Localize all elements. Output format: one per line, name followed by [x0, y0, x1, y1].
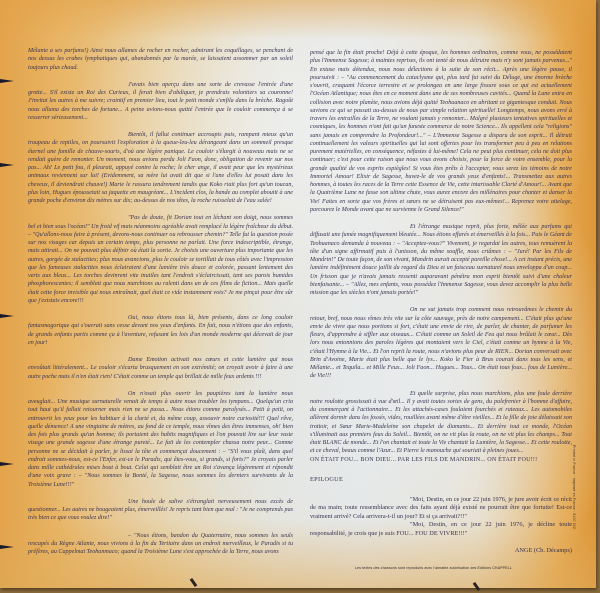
- paragraph: Une houle de salive s'étranglait nerveus…: [28, 498, 293, 523]
- copyright-credits: Les textes des chansons sont reproduits …: [355, 566, 512, 570]
- paragraph: Dame Emotion activait nos cœurs et cette…: [28, 356, 293, 381]
- paragraph: J'avais bien aperçu dans une sorte de cr…: [28, 81, 293, 122]
- left-text-column: Mélanie a ses parfums!) Ainsi nous allam…: [28, 47, 293, 556]
- torn-edge-mark: [0, 79, 14, 83]
- torn-edge-mark: [0, 545, 14, 549]
- paragraph: Mélanie a ses parfums!) Ainsi nous allam…: [28, 47, 293, 72]
- paragraph: Et quelle surprise, plus nous marchions,…: [310, 390, 572, 456]
- torn-edge-mark: [0, 314, 14, 318]
- paragraph: "Pas de doute, fit Dorian tout en léchan…: [28, 214, 293, 305]
- signature: ANGE (Ch. Décamps): [310, 547, 572, 555]
- paragraph: pensé que la fin était proche! Déjà à ce…: [310, 49, 572, 214]
- torn-edge-mark: [0, 462, 14, 466]
- epilogue-section: EPILOGUE "Moi, Destin, en ce jour 22 jui…: [310, 476, 572, 556]
- shout-line: ON ÉTAIT FOU... BON DIEU... PAR LES FILS…: [310, 456, 572, 464]
- paragraph: On ne sut jamais trop comment nous retro…: [310, 306, 572, 380]
- page-nick-mark: [473, 582, 481, 591]
- paragraph: Et l'étrange musique reprit, plus forte,…: [310, 223, 572, 297]
- paragraph: Oui, nous étions tous là, bien présents,…: [28, 314, 293, 347]
- right-text-column: pensé que la fin était proche! Déjà à ce…: [310, 49, 572, 555]
- vertical-print-label: Printed in France · Imprimé en France · …: [572, 445, 576, 529]
- epilogue-paragraph: "Moi, Destin, en ce jour 22 juin 1976, j…: [310, 521, 572, 538]
- paragraph: – "Nous étions, bandon du Quaternaire, n…: [28, 532, 293, 557]
- paragraph: Bientôt, il fallut continuer accroupis p…: [28, 131, 293, 205]
- epilogue-paragraph: "Moi, Destin, en ce jour 22 juin 1976, j…: [310, 496, 572, 521]
- torn-edge-mark: [0, 163, 14, 167]
- paragraph: On n'osait plus ouvrir les paupières tan…: [28, 390, 293, 489]
- liner-notes-page: Mélanie a ses parfums!) Ainsi nous allam…: [0, 0, 596, 588]
- epilogue-title: EPILOGUE: [310, 476, 572, 484]
- page-nick-mark: [190, 578, 198, 587]
